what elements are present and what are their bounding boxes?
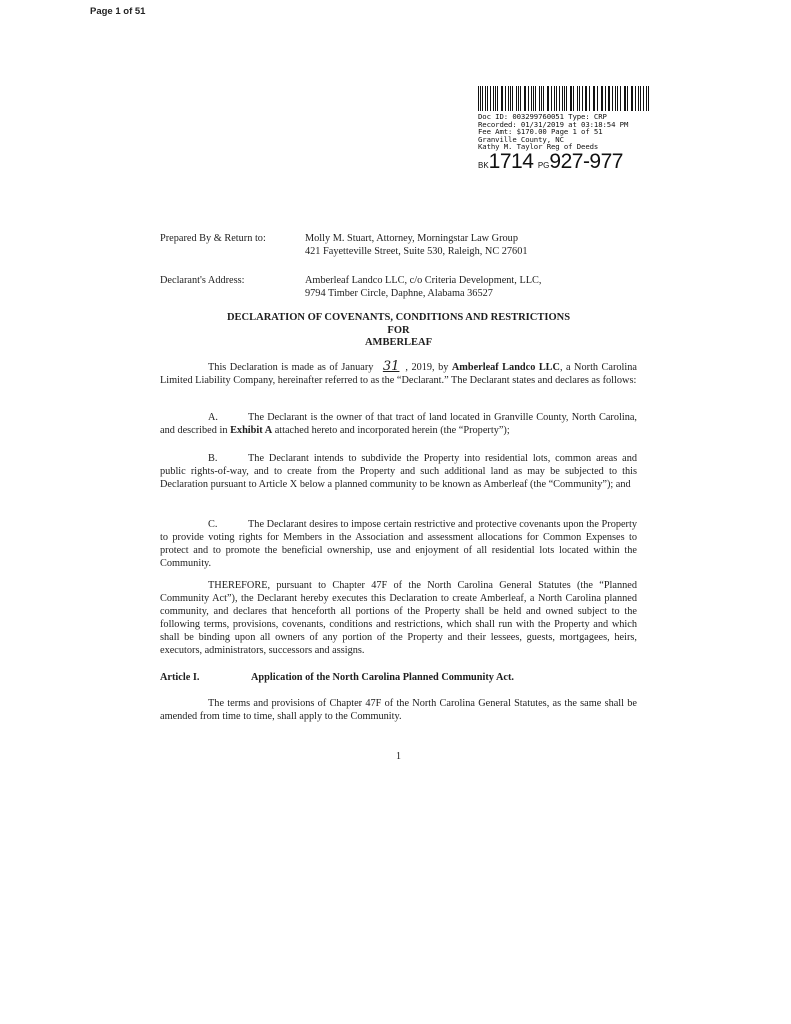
book-prefix: BK (478, 161, 489, 170)
page-prefix: PG (538, 161, 550, 170)
exhibit-a-reference: Exhibit A (230, 425, 272, 436)
company-name: Amberleaf Landco LLC (452, 362, 560, 373)
recording-details: Doc ID: 003299760051 Type: CRPRecorded: … (478, 113, 668, 151)
intro-paragraph: This Declaration is made as of January 3… (160, 360, 637, 387)
document-title: DECLARATION OF COVENANTS, CONDITIONS AND… (160, 312, 637, 350)
title-line-2: FOR (160, 325, 637, 338)
recital-a: A.The Declarant is the owner of that tra… (160, 411, 637, 437)
article-number: Article I. (160, 671, 251, 684)
recording-stamp: Doc ID: 003299760051 Type: CRPRecorded: … (478, 86, 668, 176)
barcode (478, 86, 650, 111)
recital-c: C.The Declarant desires to impose certai… (160, 518, 637, 570)
declarant-street: 9794 Timber Circle, Daphne, Alabama 3652… (305, 287, 541, 300)
article-title: Application of the North Carolina Planne… (251, 671, 514, 684)
prepared-by-label: Prepared By & Return to: (160, 232, 305, 258)
page-indicator: Page 1 of 51 (90, 6, 145, 17)
article-1-body: The terms and provisions of Chapter 47F … (160, 697, 637, 723)
book-number: 1714 (489, 150, 534, 173)
declarant-address-block: Declarant's Address: Amberleaf Landco LL… (160, 274, 637, 300)
declarant-address-label: Declarant's Address: (160, 274, 305, 300)
prepared-by-name: Molly M. Stuart, Attorney, Morningstar L… (305, 232, 528, 245)
prepared-by-address: 421 Fayetteville Street, Suite 530, Rale… (305, 245, 528, 258)
prepared-by-block: Prepared By & Return to: Molly M. Stuart… (160, 232, 637, 258)
declarant-name: Amberleaf Landco LLC, c/o Criteria Devel… (305, 274, 541, 287)
book-page-reference: BK1714 PG927-977 (478, 152, 668, 176)
handwritten-day: 31 (377, 359, 406, 374)
recital-b: B.The Declarant intends to subdivide the… (160, 452, 637, 491)
title-line-3: AMBERLEAF (160, 337, 637, 350)
title-line-1: DECLARATION OF COVENANTS, CONDITIONS AND… (160, 312, 637, 325)
page-range: 927-977 (549, 150, 623, 173)
page-number: 1 (396, 751, 401, 762)
article-1-heading: Article I. Application of the North Caro… (160, 671, 637, 684)
therefore-paragraph: THEREFORE, pursuant to Chapter 47F of th… (160, 579, 637, 657)
